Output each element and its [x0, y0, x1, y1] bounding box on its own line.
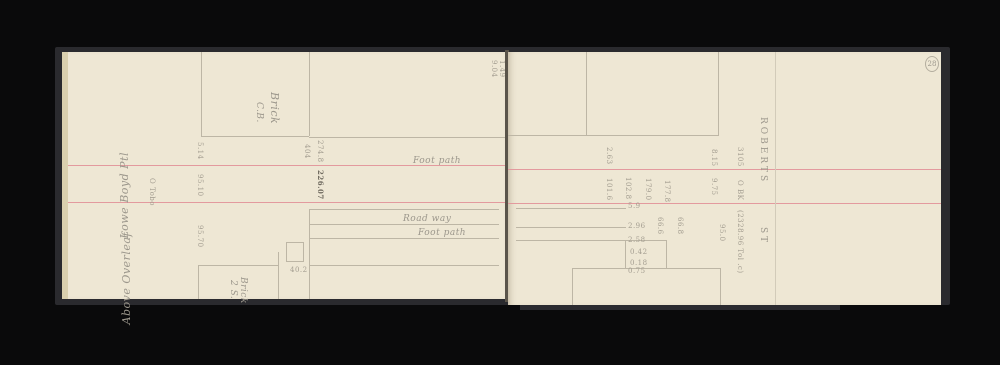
- value-4: 95.0: [718, 224, 726, 242]
- red-rule-lower-right: [508, 203, 941, 204]
- benchmark-label: O BK: [736, 180, 744, 200]
- chainage-2: 95.70: [196, 225, 204, 248]
- road-label: Road way: [403, 214, 451, 224]
- vertical-boundary: [309, 209, 310, 299]
- red-rule-upper-right: [508, 169, 941, 170]
- block-label-bottom-sub: 2 S.: [228, 280, 238, 299]
- page-number: 28: [925, 56, 939, 72]
- block-a-left: [586, 52, 587, 135]
- value-5: 177.8: [663, 180, 671, 203]
- street-name: ROBERTS: [758, 117, 768, 184]
- chainage-1: 95.10: [196, 174, 204, 197]
- value-16: 66.6: [656, 217, 664, 235]
- block-bottom-top-edge: [198, 265, 278, 266]
- block-b-right: [720, 268, 721, 305]
- value-12: 2.58: [628, 236, 646, 244]
- block-top-bottom-edge: [201, 136, 309, 137]
- value-8: 101.6: [605, 178, 613, 201]
- value-13: 0.42: [630, 248, 648, 256]
- structure-box: [286, 242, 304, 262]
- small-label: 40.2: [290, 266, 308, 274]
- left-page: Lowe Boyd Ptl Above Overleaf O Tobo Bric…: [62, 52, 512, 299]
- frontage-line: [309, 137, 509, 138]
- dimension-main: 226.07: [316, 170, 325, 200]
- road-line-r3: [516, 240, 626, 241]
- margin-note: Lowe Boyd Ptl: [118, 152, 131, 239]
- value-6: 179.0: [644, 178, 652, 201]
- block-bottom-right-edge: [278, 252, 279, 299]
- road-line-4: [309, 265, 499, 266]
- right-page: ROBERTS ST O BK (2328.96 Tol .c) 3105 8.…: [508, 52, 941, 305]
- block-label-top-sub: C.B.: [254, 102, 264, 123]
- value-2: 8.15: [710, 149, 718, 167]
- margin-note-2: Above Overleaf: [120, 232, 133, 325]
- dimension-3: 404: [303, 144, 311, 159]
- chainage-3: 5.14: [196, 142, 204, 160]
- road-line-1: [309, 209, 499, 210]
- value-11: 2.96: [628, 222, 646, 230]
- path-label-1: Foot path: [413, 156, 461, 166]
- block-label-bottom: Brick: [238, 277, 248, 304]
- column-rule: [775, 52, 776, 305]
- dimension-2: 274.8: [316, 140, 324, 163]
- block-top-right-edge: [309, 52, 310, 136]
- value-3: 9.75: [710, 178, 718, 196]
- road-line-2: [309, 224, 499, 225]
- note-small: O Tobo: [148, 178, 156, 206]
- path-label-2: Foot path: [418, 228, 466, 238]
- red-rule-lower: [68, 202, 512, 203]
- value-15: 0.75: [628, 267, 646, 275]
- value-9: 2.63: [605, 147, 613, 165]
- block-b-left: [572, 268, 573, 305]
- road-line-r2: [516, 227, 626, 228]
- block-a-right: [718, 52, 719, 136]
- block-b-top: [572, 268, 720, 269]
- value-10: 5.9: [628, 202, 641, 210]
- road-line-r1: [516, 208, 626, 209]
- street-suffix: ST: [758, 227, 768, 245]
- block-a-bottom: [508, 135, 718, 136]
- value-17: 66.8: [676, 217, 684, 235]
- block-top-left-edge: [201, 52, 202, 136]
- value-1: 3105: [736, 147, 744, 167]
- road-line-3: [309, 238, 499, 239]
- benchmark-value: (2328.96 Tol .c): [736, 210, 744, 274]
- top-corner-2: 9.04: [490, 60, 498, 78]
- value-7: 102.8: [624, 177, 632, 200]
- value-14: 0.18: [630, 259, 648, 267]
- block-label-top: Brick: [268, 92, 281, 124]
- block-bottom-left-edge: [198, 265, 199, 299]
